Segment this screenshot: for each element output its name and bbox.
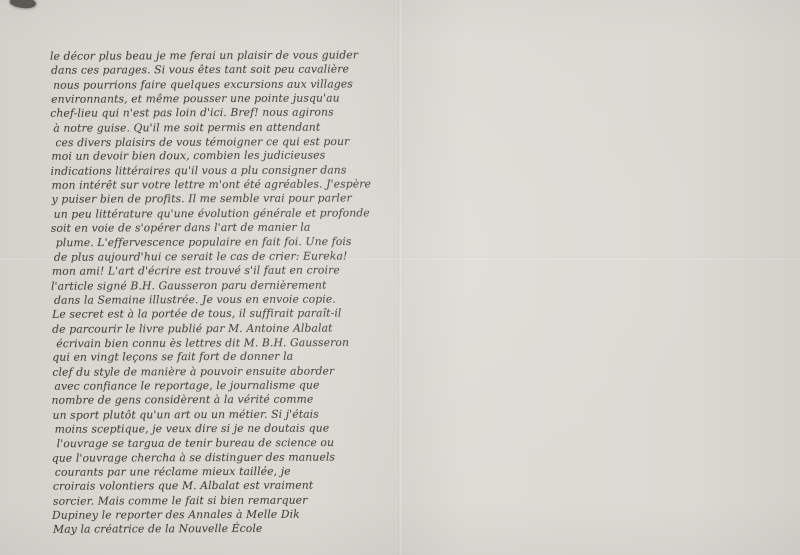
handwritten-line: soit en voie de s'opérer dans l'art de m…: [51, 220, 371, 236]
handwritten-line: ces divers plaisirs de vous témoigner ce…: [55, 135, 375, 151]
handwritten-line: de plus aujourd'hui ce serait le cas de …: [54, 249, 374, 265]
handwritten-line: un peu littérature qu'une évolution géné…: [54, 206, 374, 222]
left-page-handwriting: le décor plus beau je me ferai un plaisi…: [51, 48, 373, 537]
handwritten-line: moins sceptique, je veux dire si je ne d…: [55, 421, 375, 437]
handwritten-line: le décor plus beau je me ferai un plaisi…: [50, 48, 370, 64]
handwritten-line: que l'ouvrage chercha à se distinguer de…: [52, 450, 372, 466]
handwritten-line: sorcier. Mais comme le fait si bien rema…: [53, 493, 373, 509]
handwritten-line: à notre guise. Qu'il me soit permis en a…: [53, 120, 373, 136]
handwritten-line: chef-lieu qui n'est pas loin d'ici. Bref…: [50, 106, 370, 122]
handwritten-line: mon ami! L'art d'écrire est trouvé s'il …: [52, 263, 372, 279]
handwritten-line: écrivain bien connu ès lettres dit M. B.…: [56, 336, 376, 352]
handwritten-line: qui en vingt leçons se fait fort de donn…: [52, 350, 372, 366]
page-right: qui rêve d'ouvrir les portes du journali…: [398, 0, 800, 555]
handwritten-line: mon intérêt sur votre lettre m'ont été a…: [52, 177, 372, 193]
handwritten-line: dans la Semaine illustrée. Je vous en en…: [54, 292, 374, 308]
handwritten-line: environnants, et même pousser une pointe…: [51, 91, 371, 107]
handwritten-line: nombre de gens considèrent à la vérité c…: [51, 393, 371, 409]
handwritten-line: un sport plutôt qu'un art ou un métier. …: [53, 407, 373, 423]
handwritten-line: Le secret est à la portée de tous, il su…: [52, 306, 372, 322]
handwritten-line: nous pourrions faire quelques excursions…: [53, 77, 373, 93]
handwritten-line: courants par une réclame mieux taillée, …: [55, 464, 375, 480]
page-left: le décor plus beau je me ferai un plaisi…: [0, 0, 398, 555]
handwritten-line: y puiser bien de profits. Il me semble v…: [52, 192, 372, 208]
handwritten-line: de parcourir le livre publié par M. Anto…: [52, 321, 372, 337]
handwritten-line: moi un devoir bien doux, combien les jud…: [51, 149, 371, 165]
handwritten-line: clef du style de manière à pouvoir ensui…: [52, 364, 372, 380]
handwritten-line: l'article signé B.H. Gausseron paru dern…: [51, 278, 371, 294]
handwritten-line: dans ces parages. Si vous êtes tant soit…: [51, 63, 371, 79]
handwritten-line: croirais volontiers que M. Albalat est v…: [53, 479, 373, 495]
handwritten-line: May la créatrice de la Nouvelle École: [53, 522, 373, 538]
handwritten-line: indications littéraires qu'il vous a plu…: [50, 163, 370, 179]
letter-scan-background: le décor plus beau je me ferai un plaisi…: [0, 0, 800, 555]
handwritten-line: avec confiance le reportage, le journali…: [54, 378, 374, 394]
handwritten-line: Dupiney le reporter des Annales à Melle …: [52, 507, 372, 523]
